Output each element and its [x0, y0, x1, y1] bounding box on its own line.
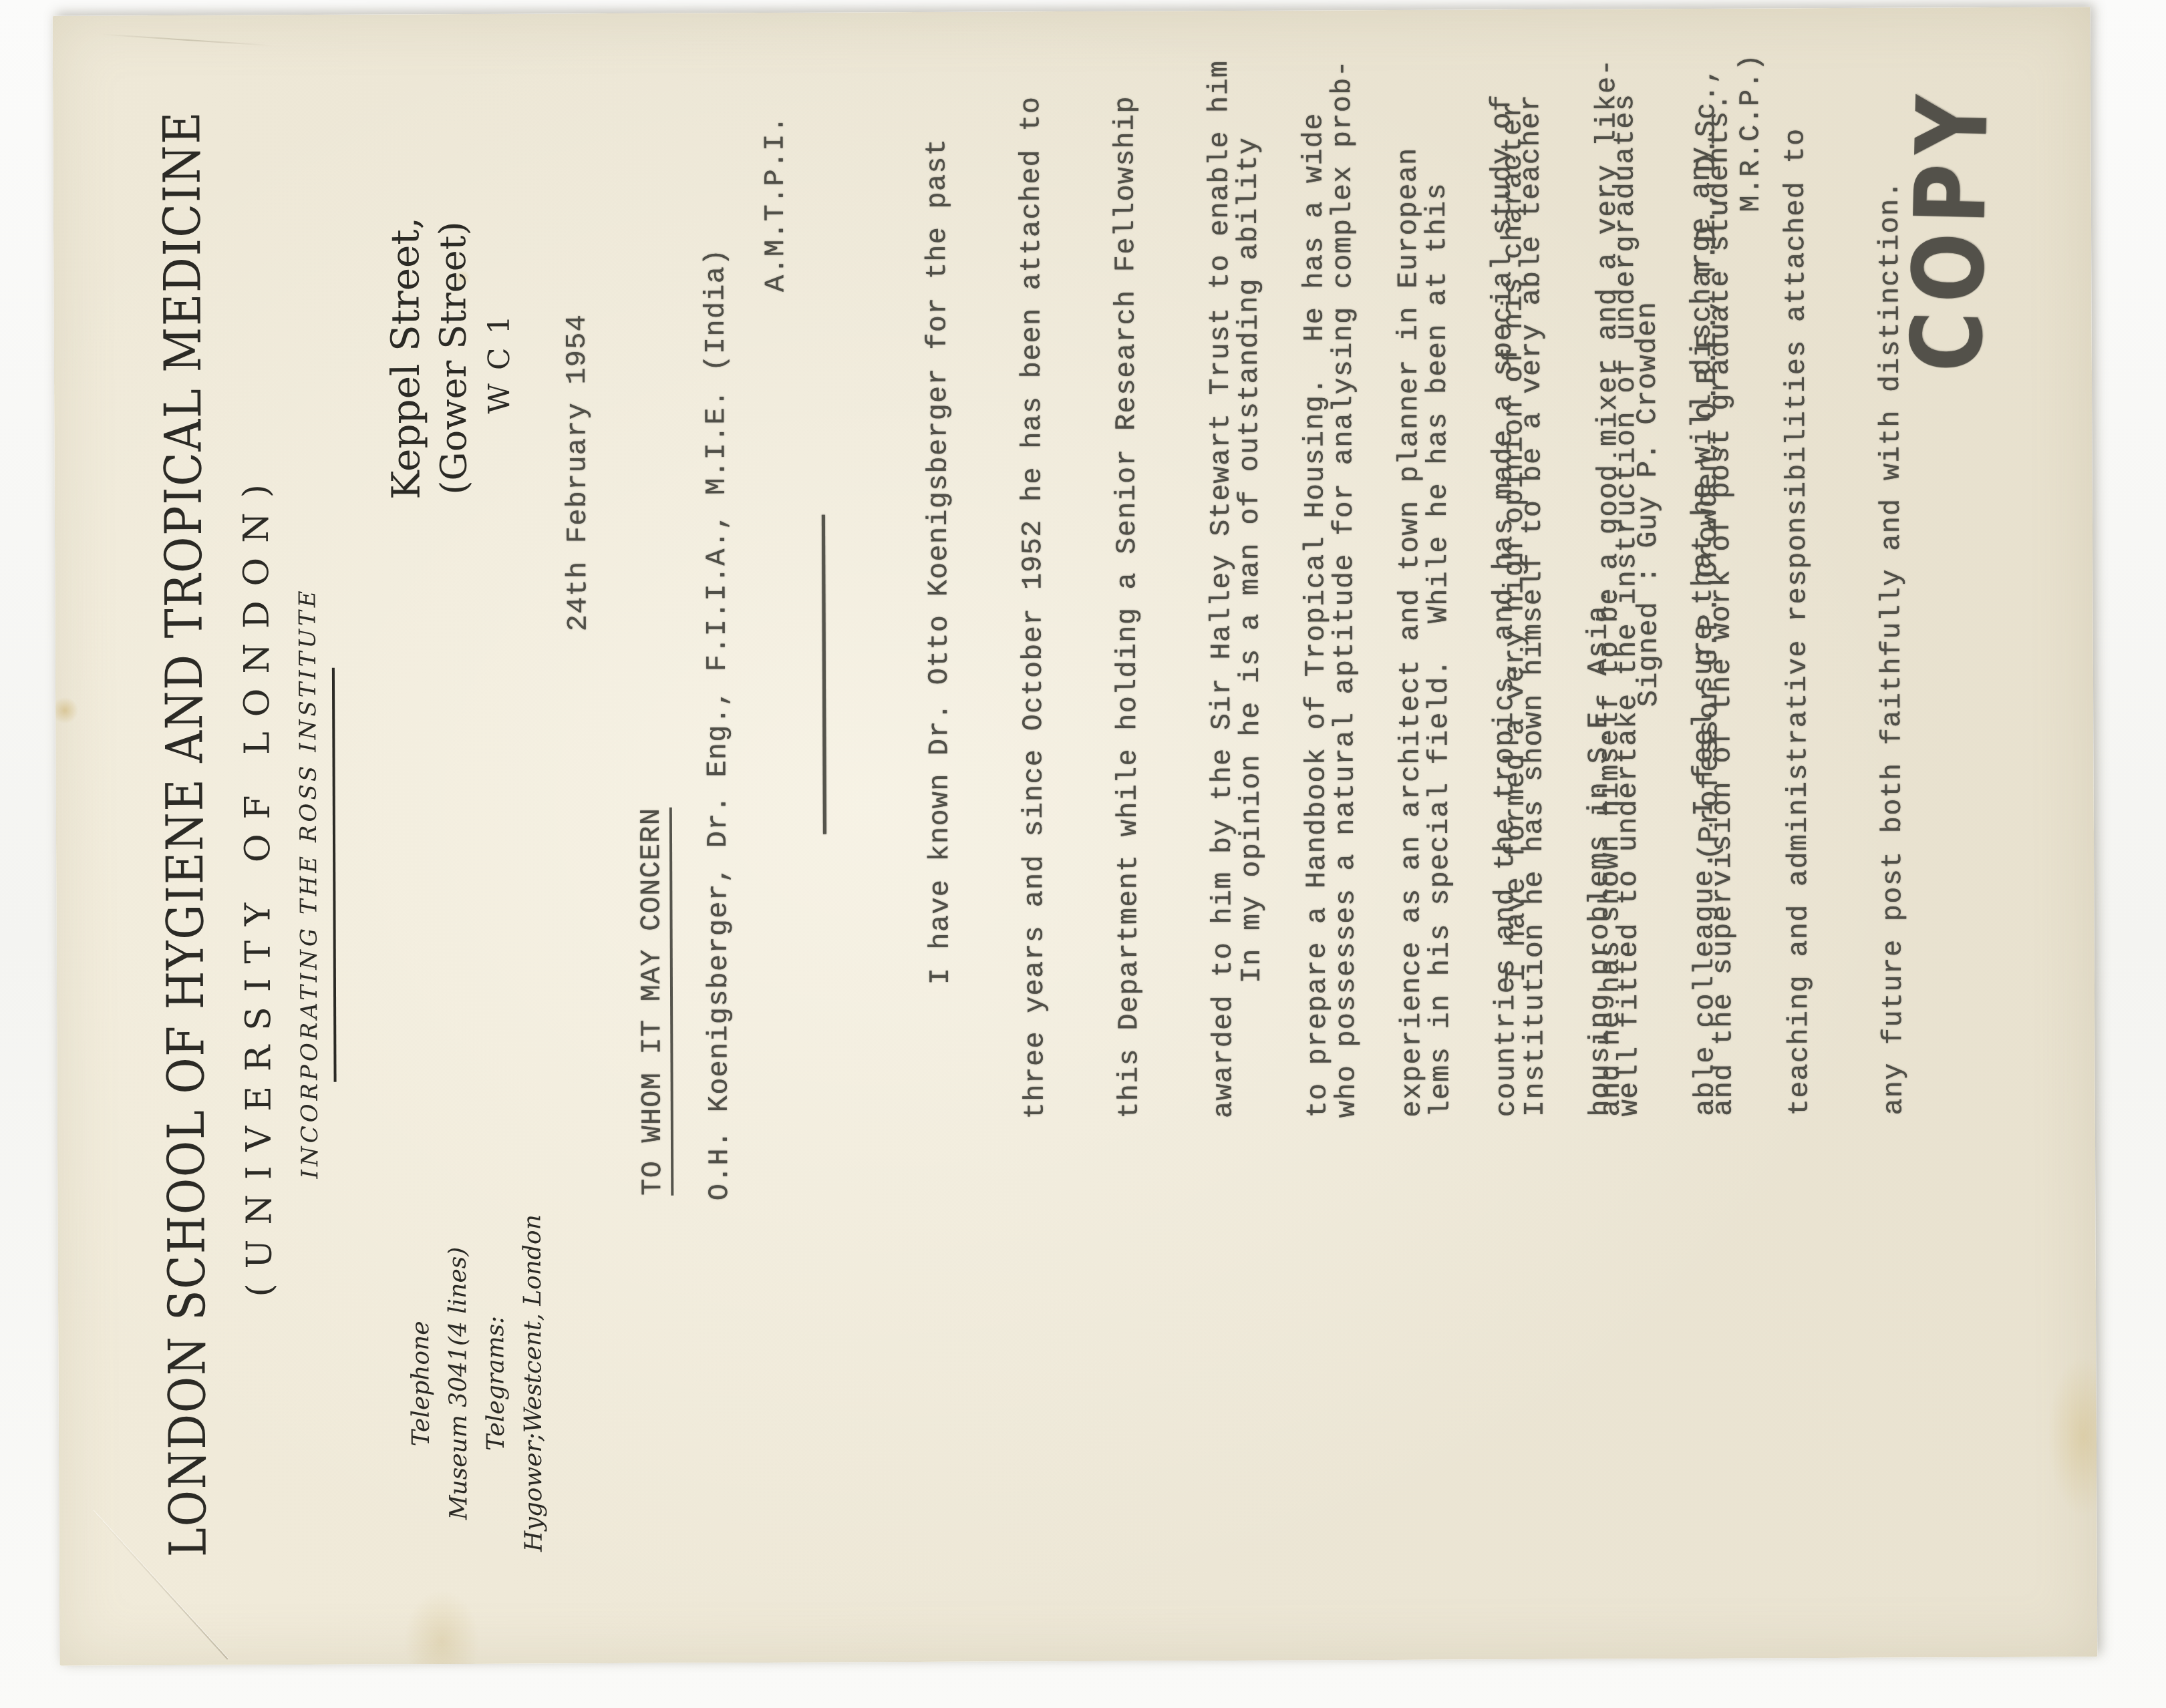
letterhead: LONDON SCHOOL OF HYGIENE AND TROPICAL ME… — [53, 103, 59, 1666]
typed-line: who possesses a natural aptitude for ana… — [1327, 59, 1363, 1118]
letterhead-address-block: Keppel Street, (Gower Street) WC1 — [382, 154, 518, 562]
scan-background: { "stamp": { "text": "COPY" }, "letterhe… — [0, 0, 2166, 1708]
telegrams-label: Telegrams: — [476, 1190, 516, 1577]
typed-line: teaching and administrative responsibili… — [1780, 57, 1816, 1116]
letter-page: LONDON SCHOOL OF HYGIENE AND TROPICAL ME… — [53, 7, 2098, 1665]
typed-line: this Department while holding a Senior R… — [1110, 60, 1146, 1118]
signatory-titles-continuation: M.R.C.P.) — [1735, 53, 1767, 212]
salutation: TO WHOM IT MAY CONCERN — [636, 808, 674, 1196]
reference-line: O.H. Koenigsberger, Dr. Eng., F.I.I.A., … — [700, 248, 736, 1200]
salutation-text: TO WHOM IT MAY CONCERN — [636, 808, 674, 1196]
paper-crease — [100, 33, 273, 46]
typed-line: three years and since October 1952 he ha… — [1016, 61, 1052, 1119]
letter-date: 24th February 1954 — [562, 314, 595, 631]
telephone-value: Museum 3041(4 lines) — [439, 1190, 478, 1577]
address-line: WC1 — [482, 154, 518, 562]
letterhead-rule — [332, 668, 337, 1082]
letterhead-university: (UNIVERSITY OF LONDON) — [235, 102, 281, 1665]
reference-separator-rule — [822, 515, 826, 834]
signed-line: Signed : Guy P. Crowden — [1632, 301, 1666, 707]
typed-line: In my opinion he is a man of outstanding… — [1233, 60, 1269, 1118]
letterhead-school-name: LONDON SCHOOL OF HYGIENE AND TROPICAL ME… — [152, 102, 218, 1665]
typed-line: I have formed a very high opinion of his… — [1497, 59, 1533, 1117]
letterhead-school-name-text: LONDON SCHOOL OF HYGIENE AND TROPICAL ME… — [152, 111, 217, 1558]
telegrams-value: Hygower;Westcent, London — [514, 1189, 553, 1576]
letterhead-incorporating: INCORPORATING THE ROSS INSTITUTE — [292, 102, 325, 1665]
copy-stamp: COPY — [1890, 86, 2010, 373]
address-line: (Gower Street) — [432, 154, 476, 562]
signatory-titles-line: (Professor G.P. Crowden, O.B.E., T.D., D… — [1691, 67, 1726, 860]
letterhead-contact-block: Telephone Museum 3041(4 lines) Telegrams… — [402, 1189, 553, 1577]
reference-line-continuation: A.M.T.P.I. — [760, 116, 792, 292]
address-line: Keppel Street, — [382, 154, 430, 562]
telephone-label: Telephone — [402, 1190, 441, 1577]
typed-line: I have known Dr. Otto Koenigsberger for … — [921, 61, 957, 1120]
typed-line: and he has shown himself to be a good mi… — [1591, 58, 1628, 1116]
